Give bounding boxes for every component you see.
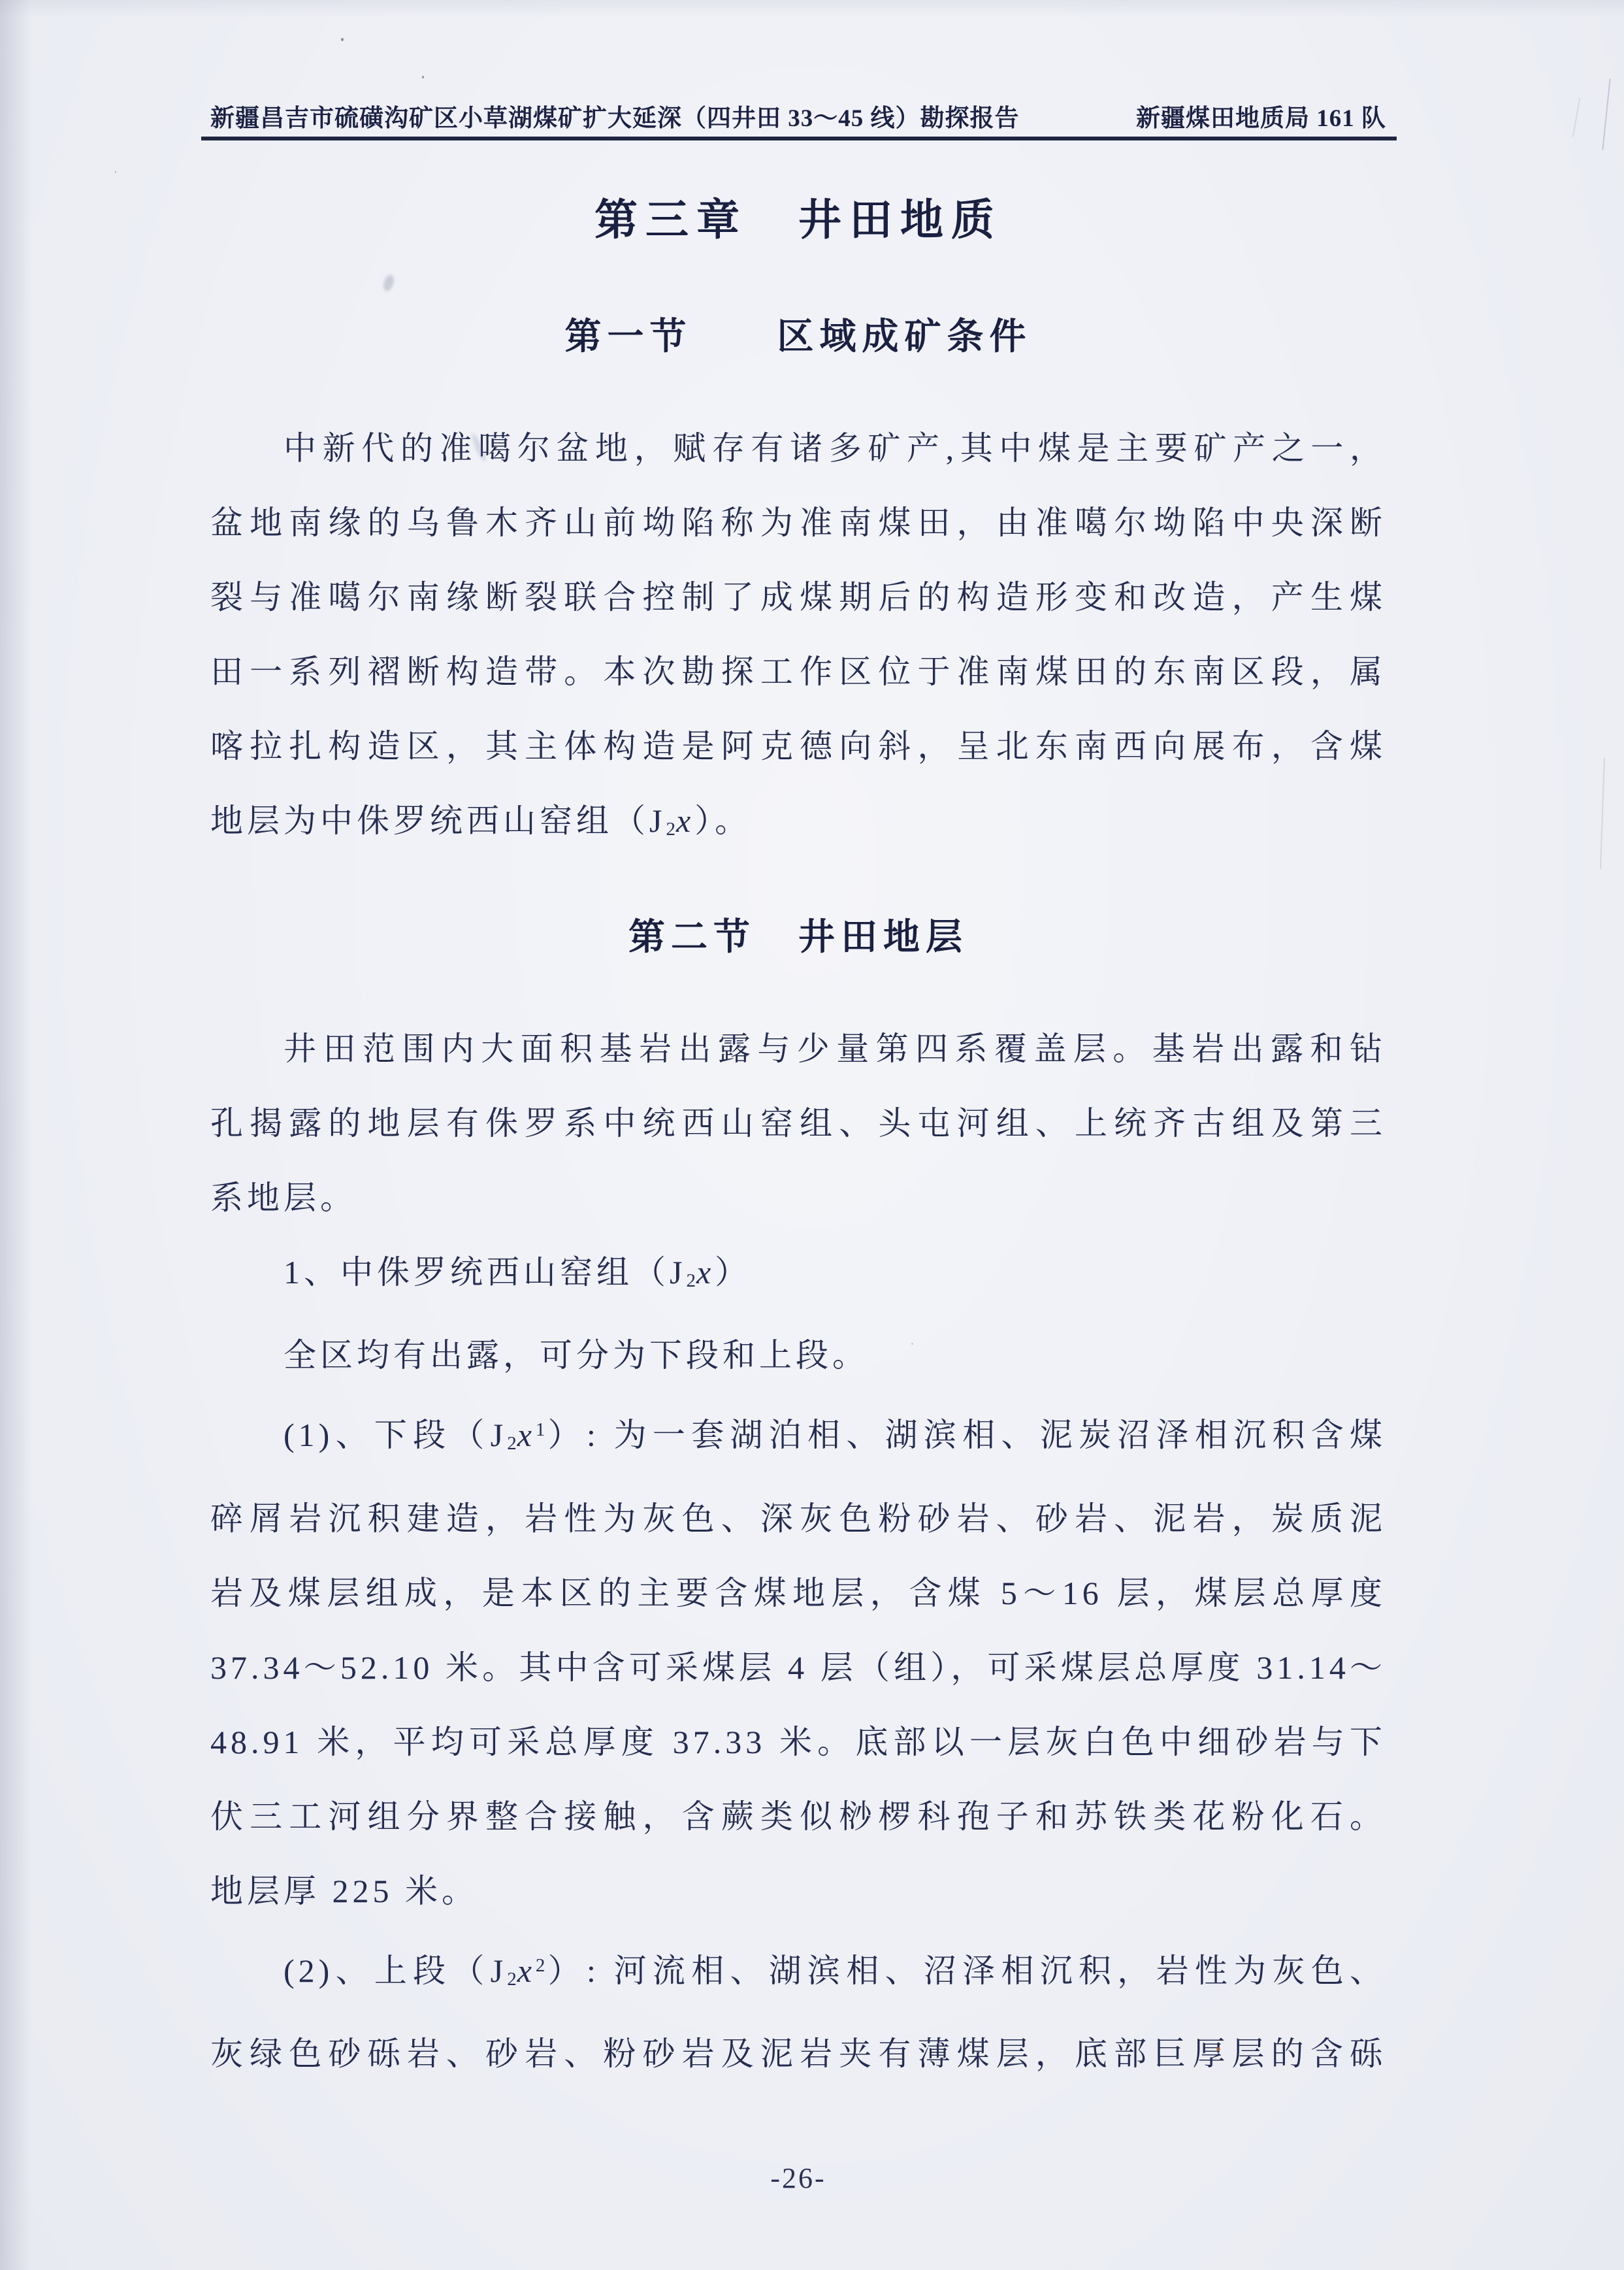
scanned-report-page: { "header": { "left_title": "新疆昌吉市硫磺沟矿区小… (0, 0, 1624, 2270)
text-segment: 37.34～52.10 米。其中含可采煤层 4 层（组），可采煤层总厚度 31.… (210, 1649, 1386, 1686)
body-line: 岩及煤层组成，是本区的主要含煤地层，含煤 5～16 层，煤层总厚度 (210, 1573, 1386, 1613)
text-segment: x (696, 1254, 715, 1291)
body-line: 碎屑岩沉积建造，岩性为灰色、深灰色粉砂岩、砂岩、泥岩，炭质泥 (210, 1499, 1386, 1538)
text-segment: 中新代的准噶尔盆地，赋存有诸多矿产,其中煤是主要矿产之一， (284, 430, 1386, 467)
body-line: 全区均有出露，可分为下段和上段。 (210, 1336, 1386, 1375)
body-line: 田一系列褶断构造带。本次勘探工作区位于准南煤田的东南区段，属 (210, 652, 1386, 691)
text-segment: 2 (666, 819, 676, 840)
section-title: 第一节 区域成矿条件 (210, 314, 1386, 361)
text-segment: x (676, 802, 694, 839)
text-segment: 盆地南缘的乌鲁木齐山前坳陷称为准南煤田，由准噶尔坳陷中央深断 (210, 504, 1386, 541)
text-segment: 岩及煤层组成，是本区的主要含煤地层，含煤 5～16 层，煤层总厚度 (210, 1575, 1386, 1611)
scan-scratch (1602, 78, 1610, 150)
body-line: 裂与准噶尔南缘断裂联合控制了成煤期后的构造形变和改造，产生煤 (210, 578, 1386, 617)
text-segment: x (517, 1417, 536, 1453)
text-segment: 1、中侏罗统西山窑组（J (284, 1254, 686, 1291)
body-line: 1、中侏罗统西山窑组（J2x） (210, 1253, 1386, 1300)
scan-scratch (1600, 758, 1605, 869)
text-segment: 井田范围内大面积基岩出露与少量第四系覆盖层。基岩出露和钻 (284, 1030, 1386, 1067)
text-segment: 全区均有出露，可分为下段和上段。 (284, 1337, 869, 1374)
text-segment: x (517, 1952, 536, 1989)
text-segment: 地层为中侏罗统西山窑组（J (210, 802, 666, 839)
scan-scratch (1572, 98, 1580, 137)
body-line: 伏三工河组分界整合接触，含蕨类似桫椤科孢子和苏铁类花粉化石。 (210, 1797, 1386, 1836)
text-segment: ）: 为一套湖泊相、湖滨相、泥炭沼泽相沉积含煤 (545, 1417, 1386, 1453)
text-segment: 2 (507, 1969, 517, 1990)
chapter-title: 第三章 井田地质 (210, 193, 1386, 248)
text-segment: 第三章 井田地质 (594, 197, 1002, 244)
body-line: 地层为中侏罗统西山窑组（J2x）。 (210, 801, 1386, 849)
text-segment: 2 (536, 1955, 546, 1976)
text-segment: 田一系列褶断构造带。本次勘探工作区位于准南煤田的东南区段，属 (210, 653, 1386, 690)
text-segment: 48.91 米，平均可采总厚度 37.33 米。底部以一层灰白色中细砂岩与下 (210, 1724, 1386, 1760)
page-background: 新疆昌吉市硫磺沟矿区小草湖煤矿扩大延深（四井田 33～45 线）勘探报告 新疆煤… (0, 0, 1624, 2270)
text-segment: 灰绿色砂砾岩、砂岩、粉砂岩及泥岩夹有薄煤层，底部巨厚层的含砾 (210, 2035, 1386, 2072)
body-line: 中新代的准噶尔盆地，赋存有诸多矿产,其中煤是主要矿产之一， (210, 429, 1386, 468)
text-segment: 喀拉扎构造区，其主体构造是阿克德向斜，呈北东南西向展布，含煤 (210, 728, 1386, 765)
page-number: -26- (210, 2162, 1386, 2195)
text-segment: 2 (507, 1434, 517, 1455)
body-line: 37.34～52.10 米。其中含可采煤层 4 层（组），可采煤层总厚度 31.… (210, 1648, 1386, 1687)
text-segment: ）。 (694, 802, 751, 839)
document-body: 第三章 井田地质第一节 区域成矿条件中新代的准噶尔盆地，赋存有诸多矿产,其中煤是… (210, 0, 1386, 2073)
scan-speck (341, 38, 344, 41)
text-segment: 1 (536, 1419, 546, 1440)
text-segment: 系地层。 (210, 1179, 357, 1216)
text-segment: (2)、上段（J (284, 1952, 507, 1989)
text-segment: ） (715, 1254, 751, 1291)
text-segment: 第一节 区域成矿条件 (565, 317, 1032, 357)
text-segment: 2 (686, 1270, 696, 1291)
text-segment: 地层厚 225 米。 (210, 1873, 478, 1909)
scan-speck (422, 76, 424, 78)
body-line: 灰绿色砂砾岩、砂岩、粉砂岩及泥岩夹有薄煤层，底部巨厚层的含砾 (210, 2034, 1386, 2073)
body-line: 地层厚 225 米。 (210, 1871, 1386, 1911)
body-line: (2)、上段（J2x2）: 河流相、湖滨相、沼泽相沉积，岩性为灰色、 (210, 1946, 1386, 1999)
body-line: 孔揭露的地层有侏罗系中统西山窑组、头屯河组、上统齐古组及第三 (210, 1104, 1386, 1143)
text-segment: (1)、下段（J (284, 1417, 507, 1453)
body-line: 井田范围内大面积基岩出露与少量第四系覆盖层。基岩出露和钻 (210, 1029, 1386, 1068)
section-title: 第二节 井田地层 (210, 914, 1386, 961)
body-line: (1)、下段（J2x1）: 为一套湖泊相、湖滨相、泥炭沼泽相沉积含煤 (210, 1410, 1386, 1463)
scan-speck (115, 171, 116, 173)
scan-stain (1216, 2047, 1220, 2051)
body-line: 系地层。 (210, 1178, 1386, 1217)
text-segment: 伏三工河组分界整合接触，含蕨类似桫椤科孢子和苏铁类花粉化石。 (210, 1798, 1386, 1835)
body-line: 喀拉扎构造区，其主体构造是阿克德向斜，呈北东南西向展布，含煤 (210, 727, 1386, 766)
text-segment: 裂与准噶尔南缘断裂联合控制了成煤期后的构造形变和改造，产生煤 (210, 579, 1386, 616)
text-segment: 孔揭露的地层有侏罗系中统西山窑组、头屯河组、上统齐古组及第三 (210, 1105, 1386, 1142)
text-segment: 碎屑岩沉积建造，岩性为灰色、深灰色粉砂岩、砂岩、泥岩，炭质泥 (210, 1500, 1386, 1537)
text-segment: ）: 河流相、湖滨相、沼泽相沉积，岩性为灰色、 (545, 1952, 1386, 1989)
body-line: 盆地南缘的乌鲁木齐山前坳陷称为准南煤田，由准噶尔坳陷中央深断 (210, 503, 1386, 542)
body-line: 48.91 米，平均可采总厚度 37.33 米。底部以一层灰白色中细砂岩与下 (210, 1722, 1386, 1762)
text-segment: 第二节 井田地层 (628, 917, 968, 958)
scan-edge-shadow-left (0, 0, 31, 2270)
scan-speck (911, 1343, 913, 1345)
